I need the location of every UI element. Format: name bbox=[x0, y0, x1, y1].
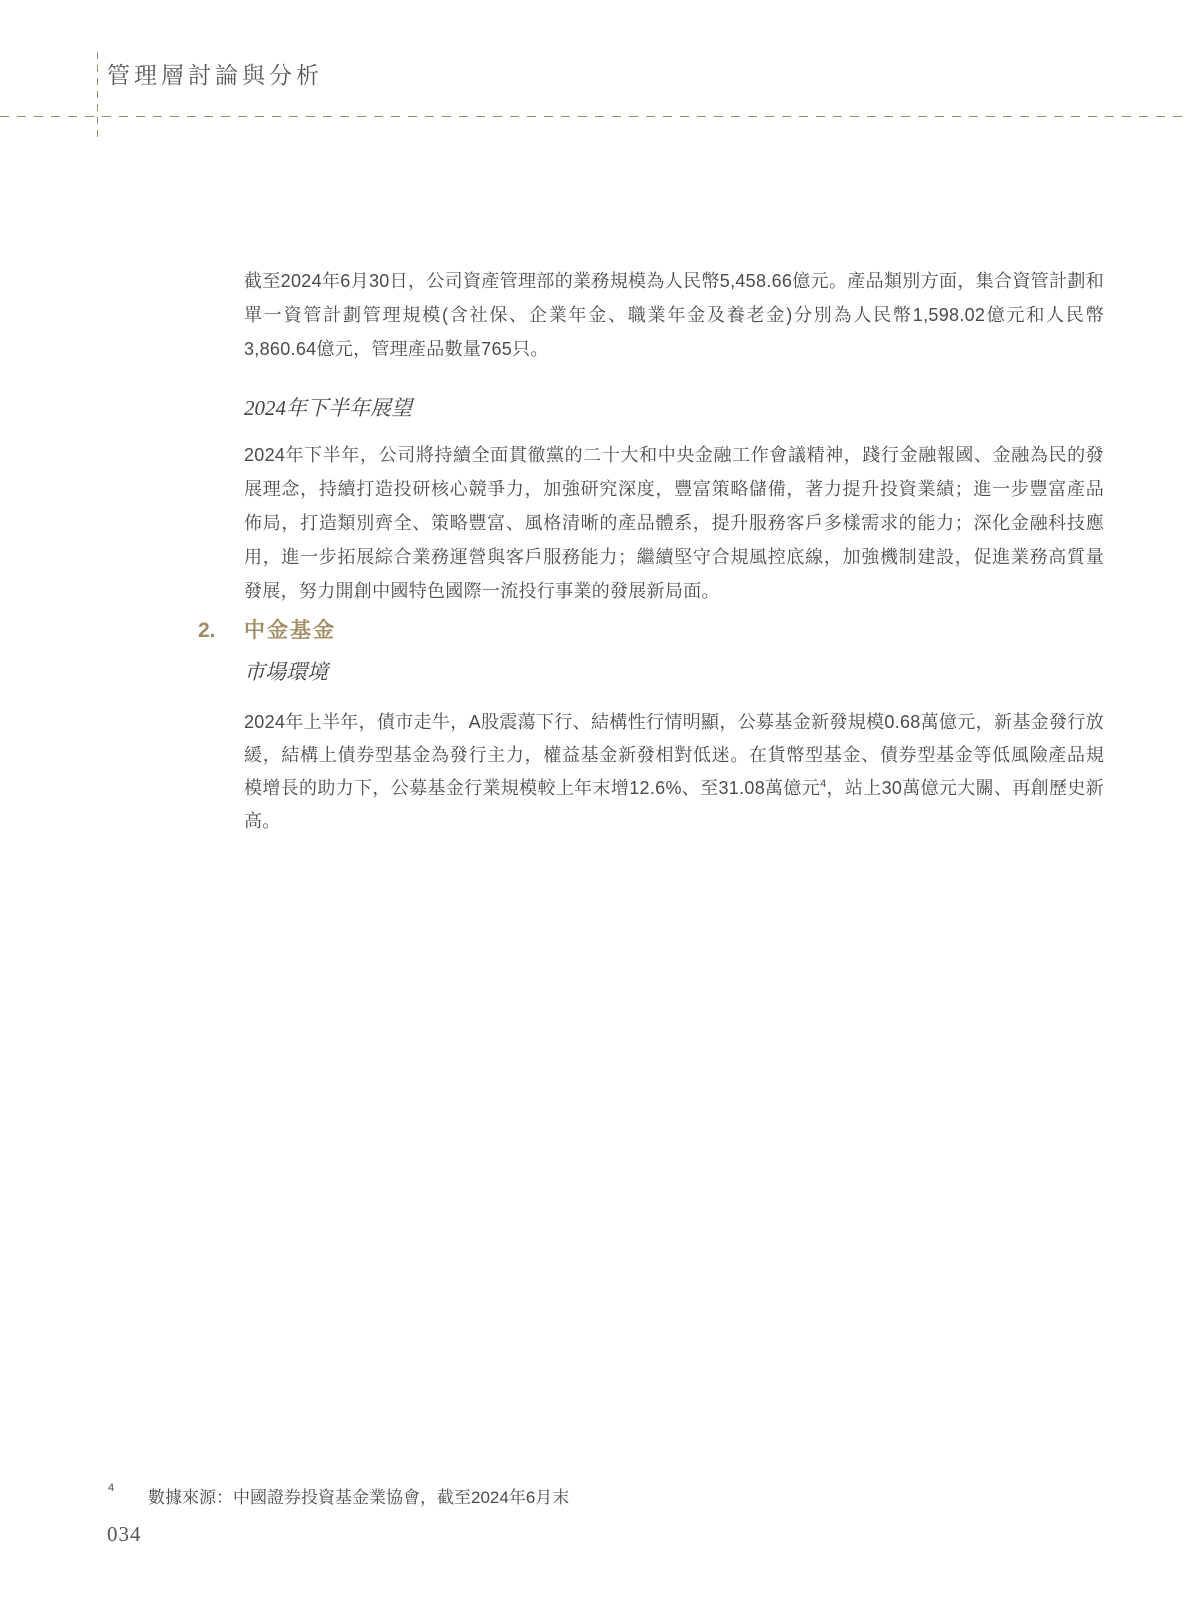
paragraph-2024-h2-outlook: 2024年下半年，公司將持續全面貫徹黨的二十大和中央金融工作會議精神，踐行金融報… bbox=[244, 438, 1104, 608]
paragraph-market-environment: 2024年上半年，債市走牛，A股震蕩下行、結構性行情明顯，公募基金新發規模0.6… bbox=[244, 706, 1104, 838]
footnote-marker: 4 bbox=[108, 1482, 114, 1494]
paragraph-asset-management: 截至2024年6月30日，公司資產管理部的業務規模為人民幣5,458.66億元。… bbox=[244, 264, 1104, 366]
header-vertical-dash-rule bbox=[97, 52, 98, 140]
section-number: 2. bbox=[198, 619, 244, 643]
header-horizontal-dash-rule bbox=[0, 116, 1190, 117]
section-heading-cicc-fund: 2.中金基金 bbox=[198, 614, 1104, 644]
page-header-title: 管理層討論與分析 bbox=[107, 57, 323, 90]
page-number: 034 bbox=[107, 1522, 142, 1547]
section-title: 中金基金 bbox=[244, 619, 336, 642]
heading-market-environment: 市場環境 bbox=[244, 656, 328, 686]
footnote-text: 數據來源：中國證券投資基金業協會，截至2024年6月末 bbox=[148, 1483, 569, 1508]
heading-2024-h2-outlook: 2024年下半年展望 bbox=[244, 392, 412, 422]
